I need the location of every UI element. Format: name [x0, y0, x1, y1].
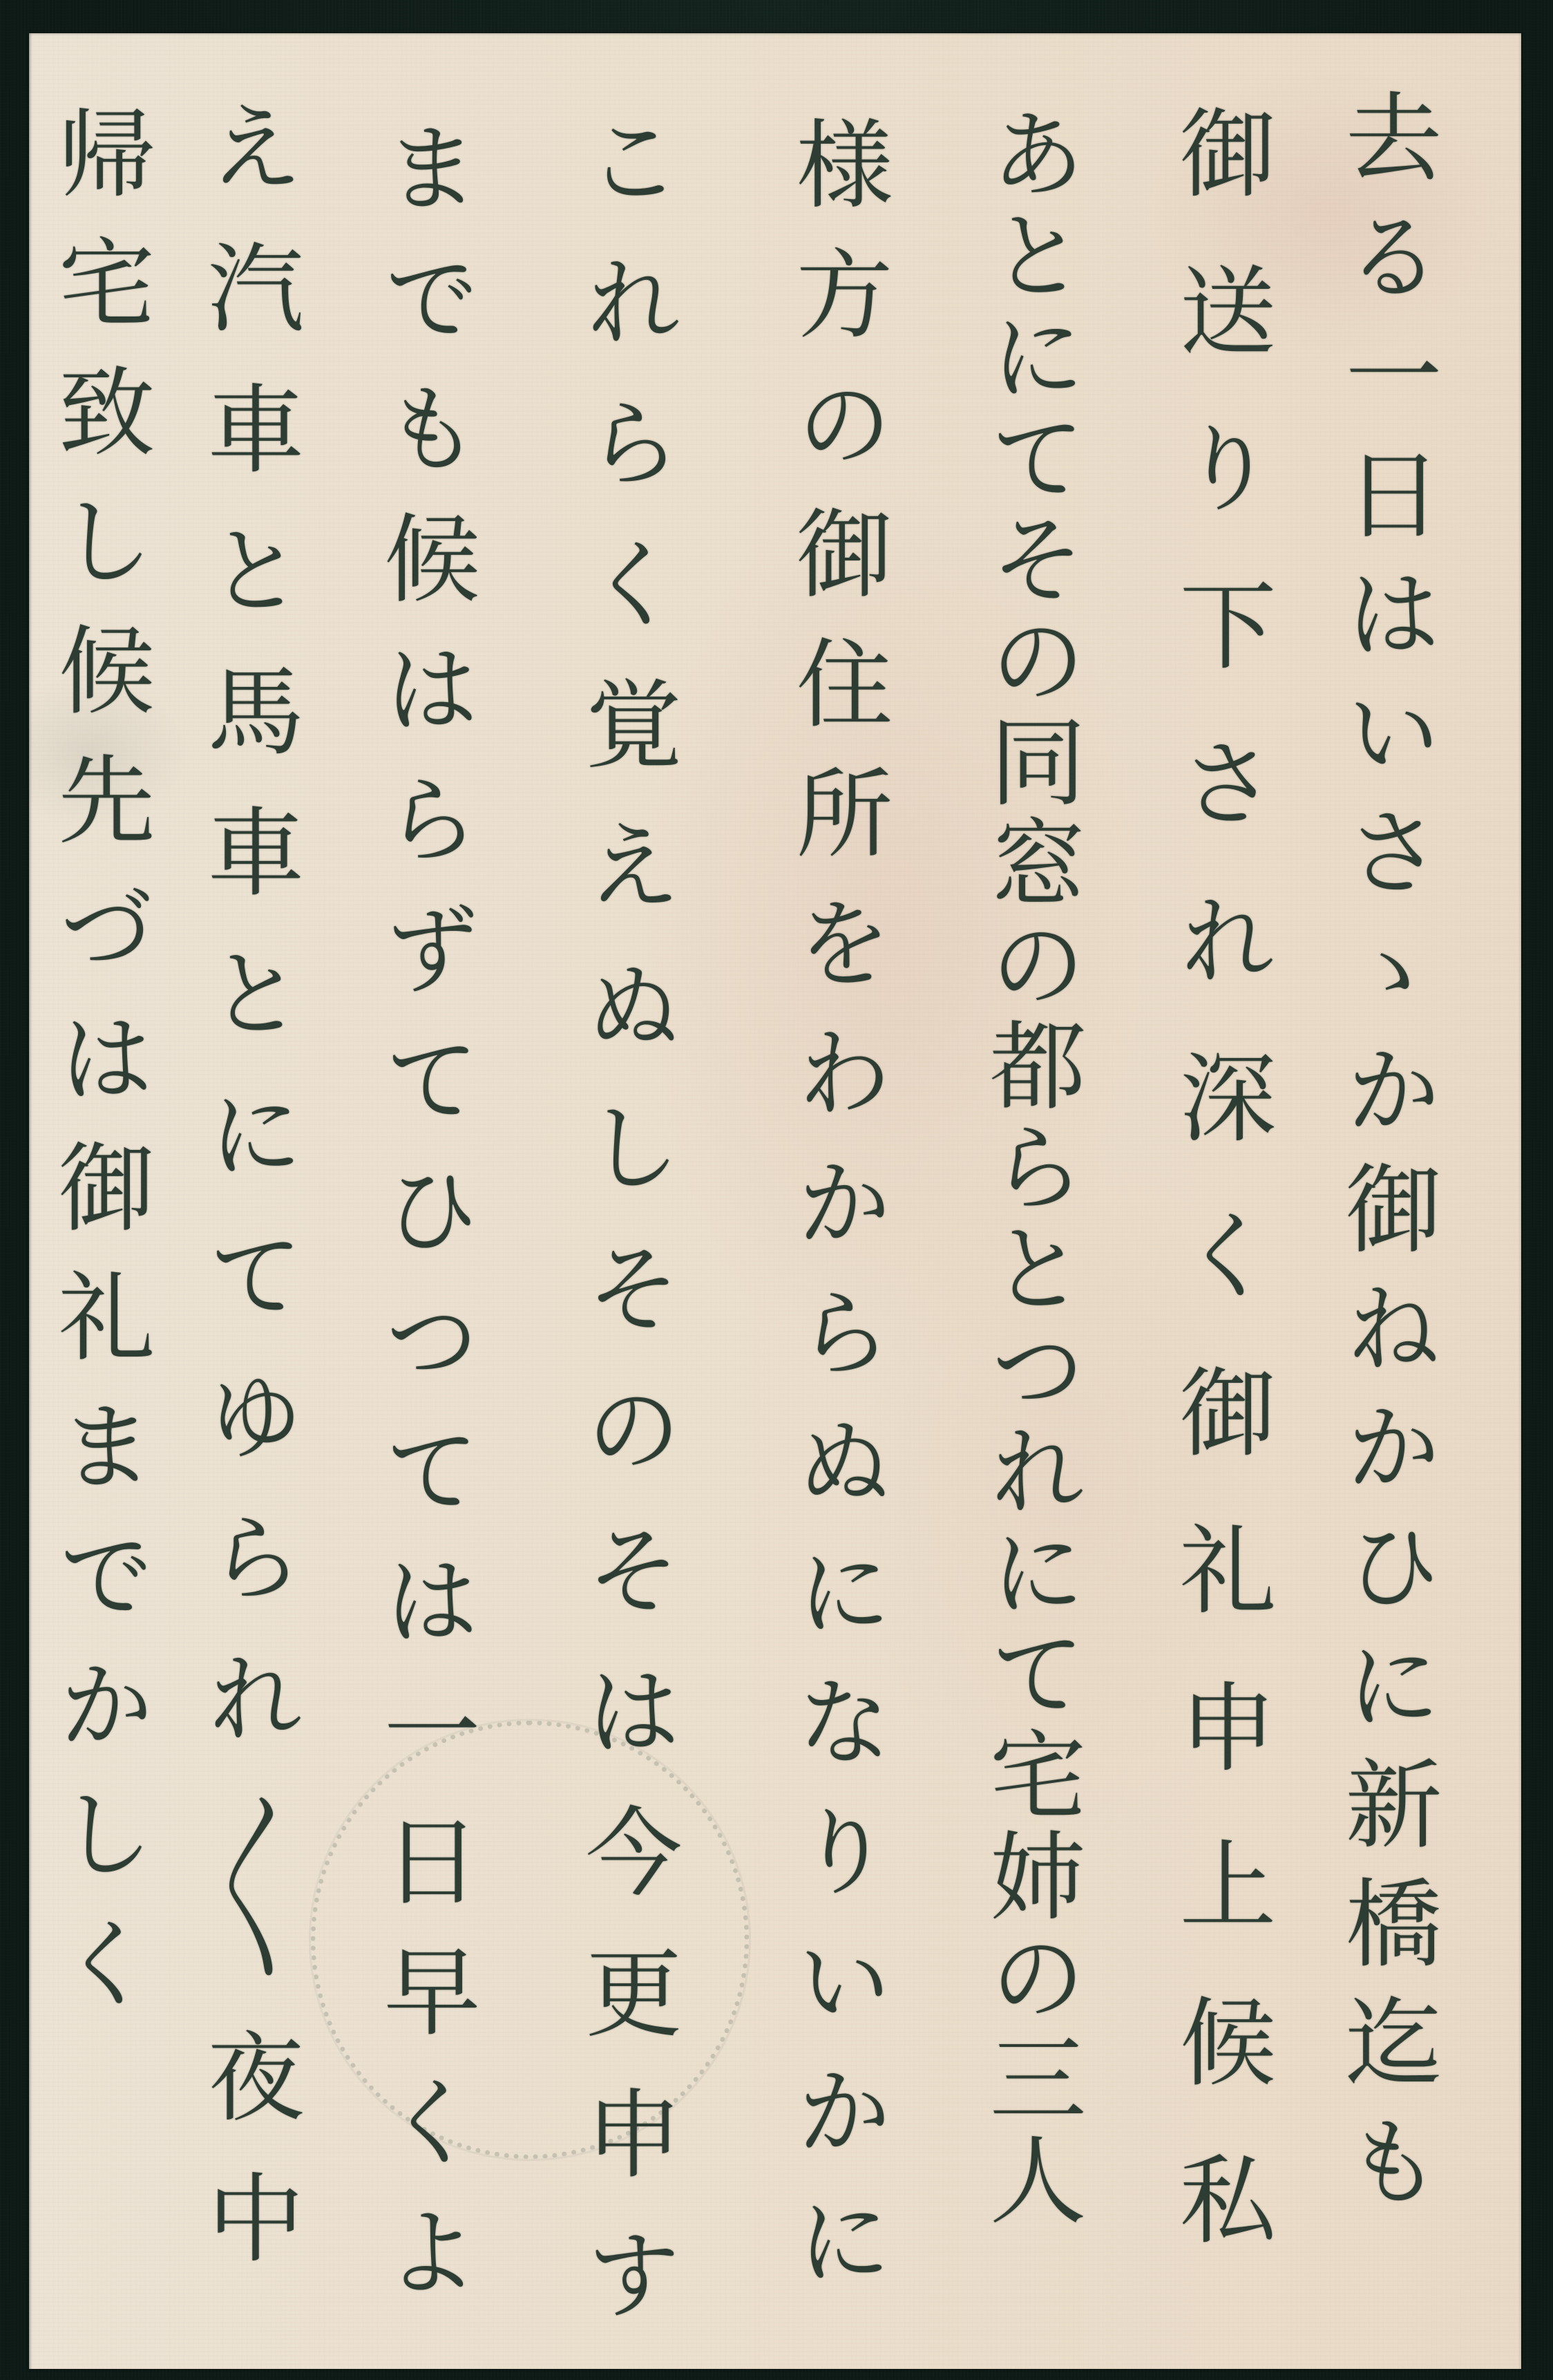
postcard: 去る一日はいさゝか御ねかひに新橋迄も 御送り下され深く御礼申上候私 あとにてその…	[29, 33, 1521, 2369]
text-column-1: 去る一日はいさゝか御ねかひに新橋迄も	[1309, 87, 1461, 2208]
text-column-3: あとにてその同窓の都らとつれにて宅姉の三人	[953, 104, 1105, 2227]
text-column-4: 様方の御住所をわからぬになりいかに	[760, 114, 912, 2287]
text-column-2: 御送り下され深く御礼申上候私	[1143, 103, 1295, 2246]
text-column-8: 帰宅致し候先づは御礼までかしく	[29, 103, 167, 2010]
text-column-6: までも候はらずてひつては一日早くよ	[347, 117, 499, 2298]
text-column-5: これらく覚えぬしそのそは今更申す	[549, 111, 701, 2321]
text-column-7: え汽車と馬車とにてゆられ〳〵夜中	[171, 97, 323, 2309]
